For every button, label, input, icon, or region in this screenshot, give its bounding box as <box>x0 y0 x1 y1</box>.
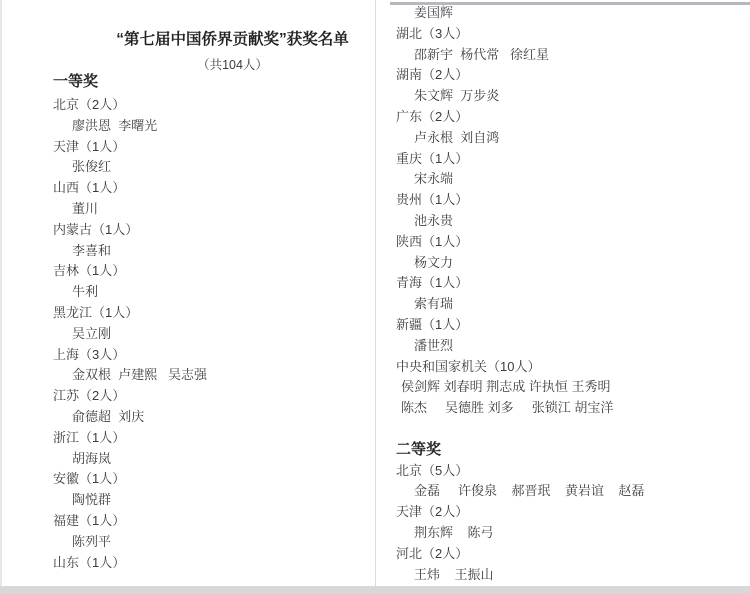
province-row: 上海（3人） <box>53 345 369 366</box>
winner-names-row: 金双根 卢建熙 吴志强 <box>53 365 369 386</box>
province-row: 吉林（1人） <box>53 261 369 282</box>
province-row: 陕西（1人） <box>396 232 746 253</box>
province-row: 浙江（1人） <box>53 428 369 449</box>
winner-names-row: 杨文力 <box>396 253 746 274</box>
province-row: 新疆（1人） <box>396 315 746 336</box>
province-row: 山西（1人） <box>53 178 369 199</box>
province-row: 福建（1人） <box>53 511 369 532</box>
document-title: “第七届中国侨界贡献奖”获奖名单 <box>90 27 375 49</box>
winner-names-row: 金磊 许俊泉 郝晋珉 黄岩谊 赵磊 <box>396 481 746 502</box>
winner-names-row: 廖洪恩 李曙光 <box>53 116 369 137</box>
winner-names-row: 胡海岚 <box>53 449 369 470</box>
left-column: “第七届中国侨界贡献奖”获奖名单 （共104人） 一等奖 北京（2人） 廖洪恩 … <box>0 0 375 593</box>
winner-names-row: 邵新宇 杨代常 徐红星 <box>396 45 746 66</box>
first-prize-heading: 一等奖 <box>53 70 98 91</box>
winner-names-row: 俞德超 刘庆 <box>53 407 369 428</box>
province-row: 湖北（3人） <box>396 24 746 45</box>
total-count: （共104人） <box>90 55 375 73</box>
winner-names-row: 李喜和 <box>53 241 369 262</box>
bottom-page-edge <box>0 586 750 593</box>
province-row: 山东（1人） <box>53 553 369 574</box>
spacer-row <box>396 419 746 440</box>
province-row: 青海（1人） <box>396 273 746 294</box>
province-row: 天津（2人） <box>396 502 746 523</box>
province-row: 天津（1人） <box>53 137 369 158</box>
org-winner-names-row: 侯剑辉 刘春明 荆志成 许执恒 王秀明 <box>396 377 746 398</box>
winner-names-row: 吴立刚 <box>53 324 369 345</box>
right-column: 姜国辉 湖北（3人） 邵新宇 杨代常 徐红星 湖南（2人） 朱文辉 万步炎 广东… <box>375 0 750 593</box>
continued-list: 姜国辉 湖北（3人） 邵新宇 杨代常 徐红星 湖南（2人） 朱文辉 万步炎 广东… <box>396 3 746 585</box>
province-row: 黑龙江（1人） <box>53 303 369 324</box>
winner-names-row: 卢永根 刘自鸿 <box>396 128 746 149</box>
province-row: 安徽（1人） <box>53 469 369 490</box>
winner-names-row: 张俊红 <box>53 157 369 178</box>
province-row: 广东（2人） <box>396 107 746 128</box>
winner-names-row: 池永贵 <box>396 211 746 232</box>
province-row: 北京（2人） <box>53 95 369 116</box>
winner-names-row: 王炜 王振山 <box>396 565 746 586</box>
province-row: 北京（5人） <box>396 461 746 482</box>
winner-names-row: 荆东辉 陈弓 <box>396 523 746 544</box>
org-winner-names-row: 陈杰 吴德胜 刘多 张锁江 胡宝洋 <box>396 398 746 419</box>
winner-names-row: 陈列平 <box>53 532 369 553</box>
second-prize-heading: 二等奖 <box>396 440 746 461</box>
province-row: 中央和国家机关（10人） <box>396 357 746 378</box>
winner-names-row: 朱文辉 万步炎 <box>396 86 746 107</box>
province-row: 贵州（1人） <box>396 190 746 211</box>
award-list-document: “第七届中国侨界贡献奖”获奖名单 （共104人） 一等奖 北京（2人） 廖洪恩 … <box>0 0 750 593</box>
winner-names-row: 索有瑞 <box>396 294 746 315</box>
winner-names-row: 宋永端 <box>396 169 746 190</box>
province-row: 湖南（2人） <box>396 65 746 86</box>
first-prize-list: 北京（2人） 廖洪恩 李曙光 天津（1人） 张俊红 山西（1人） 董川 内蒙古（… <box>53 95 369 573</box>
province-row: 重庆（1人） <box>396 149 746 170</box>
province-row: 内蒙古（1人） <box>53 220 369 241</box>
winner-names-row: 潘世烈 <box>396 336 746 357</box>
winner-names-row: 姜国辉 <box>396 3 746 24</box>
winner-names-row: 董川 <box>53 199 369 220</box>
winner-names-row: 牛利 <box>53 282 369 303</box>
province-row: 河北（2人） <box>396 544 746 565</box>
winner-names-row: 陶悦群 <box>53 490 369 511</box>
province-row: 江苏（2人） <box>53 386 369 407</box>
